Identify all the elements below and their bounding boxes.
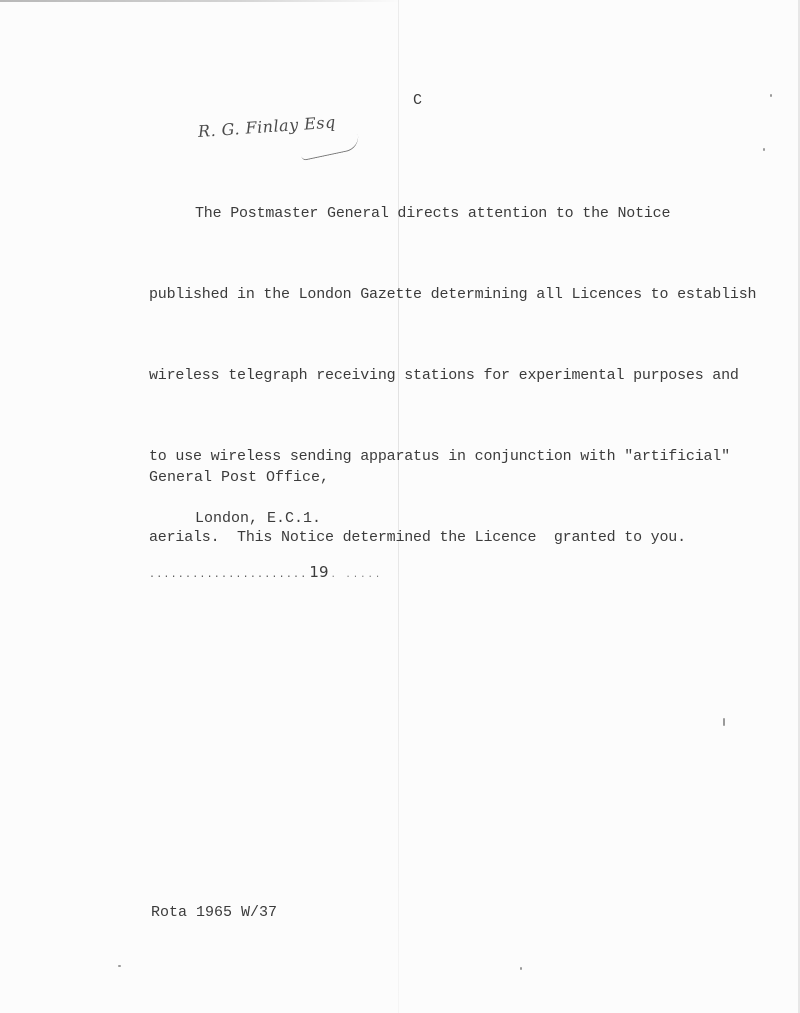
- date-year-prefix: 19: [309, 562, 328, 582]
- document-page: C R. G. Finlay Esq The Postmaster Genera…: [0, 0, 800, 1013]
- date-leading-dots: ......................: [149, 566, 307, 586]
- body-line: published in the London Gazette determin…: [149, 281, 789, 308]
- date-line: ...................... 19 . .....: [149, 562, 382, 586]
- body-line: The Postmaster General directs attention…: [149, 200, 789, 227]
- speck-mark: [520, 967, 522, 970]
- speck-mark: [723, 718, 725, 726]
- handwritten-addressee: R. G. Finlay Esq: [197, 112, 336, 141]
- sender-city: London, E.C.1.: [195, 509, 321, 529]
- sender-name: General Post Office,: [149, 468, 329, 488]
- page-top-edge: [0, 0, 400, 2]
- speck-mark: [118, 965, 121, 967]
- date-trailing-dots: . .....: [331, 565, 383, 585]
- reference-code: Rota 1965 W/37: [151, 903, 277, 923]
- body-line: wireless telegraph receiving stations fo…: [149, 362, 789, 389]
- page-letter: C: [413, 92, 422, 110]
- notice-body: The Postmaster General directs attention…: [149, 146, 789, 605]
- body-line: to use wireless sending apparatus in con…: [149, 443, 789, 470]
- speck-mark: [770, 94, 772, 97]
